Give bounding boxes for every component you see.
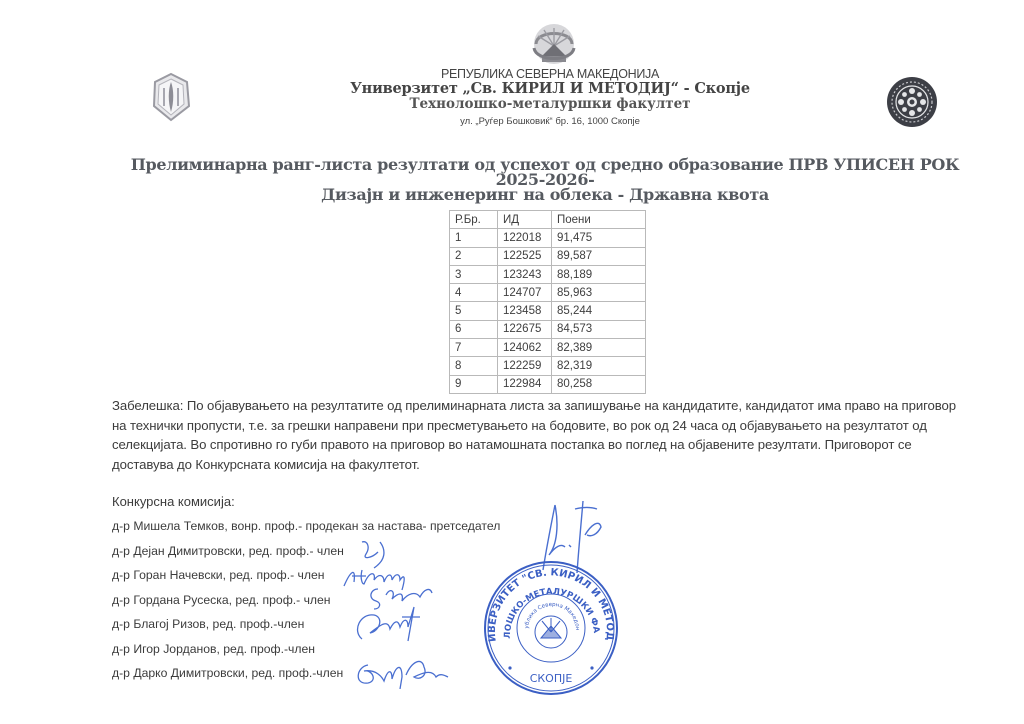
cell-points: 85,244 xyxy=(552,302,646,320)
faculty-emblem-icon xyxy=(886,76,938,128)
coat-of-arms-icon xyxy=(530,22,578,68)
cell-id: 124707 xyxy=(498,284,552,302)
cell-points: 88,189 xyxy=(552,265,646,283)
committee-heading: Конкурсна комисија: xyxy=(112,494,500,510)
title-line-1: Прелиминарна ранг-листа резултати од усп… xyxy=(110,157,980,187)
committee-member: д-р Дејан Димитровски, ред. проф.- член xyxy=(112,543,500,568)
cell-rank: 6 xyxy=(450,320,498,338)
cell-rank: 4 xyxy=(450,284,498,302)
cell-id: 123243 xyxy=(498,265,552,283)
stamp-coat-of-arms-icon xyxy=(535,616,567,648)
cell-rank: 2 xyxy=(450,247,498,265)
note-line: на технички пропусти, т.е. за грешки нап… xyxy=(112,416,992,436)
university-name: Универзитет „Св. КИРИЛ И МЕТОДИЈ“ - Скоп… xyxy=(340,81,760,97)
title-line-2: Дизајн и инженеринг на облека - Државна … xyxy=(110,187,980,202)
cell-points: 89,587 xyxy=(552,247,646,265)
table-row: 312324388,189 xyxy=(450,265,646,283)
cell-rank: 3 xyxy=(450,265,498,283)
cell-id: 122525 xyxy=(498,247,552,265)
faculty-name: Технолошко-металуршки факултет xyxy=(340,97,760,112)
cell-points: 84,573 xyxy=(552,320,646,338)
note-line: селекцијата. Во спротивно го губи правот… xyxy=(112,435,992,455)
note-line: доставува до Конкурсната комисија на фак… xyxy=(112,455,992,475)
table-row: 512345885,244 xyxy=(450,302,646,320)
note-paragraph: Забелешка: По објавувањето на резултатит… xyxy=(112,396,992,474)
column-header-points: Поени xyxy=(552,211,646,229)
signature-member-7 xyxy=(352,655,452,689)
signature-member-4-5 xyxy=(350,585,450,643)
table-header-row: Р.Бр. ИД Поени xyxy=(450,211,646,229)
table-row: 712406282,389 xyxy=(450,339,646,357)
cell-id: 123458 xyxy=(498,302,552,320)
cell-rank: 5 xyxy=(450,302,498,320)
cell-id: 124062 xyxy=(498,339,552,357)
committee-member: д-р Мишела Темков, вонр. проф.- продекан… xyxy=(112,518,500,543)
cell-rank: 1 xyxy=(450,229,498,247)
cell-points: 82,319 xyxy=(552,357,646,375)
cell-id: 122675 xyxy=(498,320,552,338)
table-row: 912298480,258 xyxy=(450,375,646,393)
cell-points: 91,475 xyxy=(552,229,646,247)
column-header-id: ИД xyxy=(498,211,552,229)
cell-points: 82,389 xyxy=(552,339,646,357)
table-row: 112201891,475 xyxy=(450,229,646,247)
table-row: 612267584,573 xyxy=(450,320,646,338)
table-row: 212252589,587 xyxy=(450,247,646,265)
cell-rank: 9 xyxy=(450,375,498,393)
cell-id: 122259 xyxy=(498,357,552,375)
table-row: 812225982,319 xyxy=(450,357,646,375)
document-title: Прелиминарна ранг-листа резултати од усп… xyxy=(110,157,980,202)
table-row: 412470785,963 xyxy=(450,284,646,302)
letterhead: РЕПУБЛИКА СЕВЕРНА МАКЕДОНИЈА Универзитет… xyxy=(340,68,760,130)
faculty-address: ул. „Руѓер Бошковиќ“ бр. 16, 1000 Скопје xyxy=(340,114,760,130)
cell-points: 85,963 xyxy=(552,284,646,302)
cell-points: 80,258 xyxy=(552,375,646,393)
cell-rank: 8 xyxy=(450,357,498,375)
cell-id: 122018 xyxy=(498,229,552,247)
note-line: Забелешка: По објавувањето на резултатит… xyxy=(112,396,992,416)
cell-id: 122984 xyxy=(498,375,552,393)
official-stamp: УНИВЕРЗИТЕТ "СВ. КИРИЛ И МЕТОДИЈ" ТЕХНОЛ… xyxy=(478,558,624,698)
cell-rank: 7 xyxy=(450,339,498,357)
results-table: Р.Бр. ИД Поени 112201891,475212252589,58… xyxy=(449,210,646,394)
column-header-rank: Р.Бр. xyxy=(450,211,498,229)
svg-text:СКОПЈЕ: СКОПЈЕ xyxy=(530,672,573,685)
university-emblem-icon xyxy=(150,72,192,122)
